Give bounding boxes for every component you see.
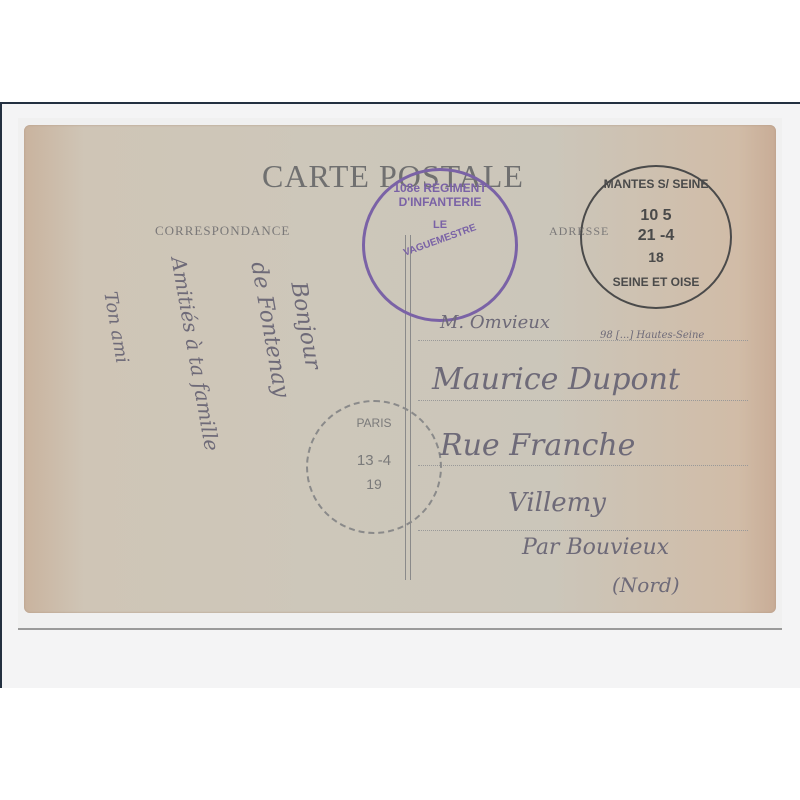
postmark-time: 10 5 [582, 207, 730, 225]
postmark-ring: PARIS [308, 416, 440, 430]
regiment-stamp-ring: 108e RÉGIMENT D'INFANTERIE [365, 181, 515, 209]
regiment-stamp: 108e RÉGIMENT D'INFANTERIE LE VAGUEMESTR… [362, 168, 518, 322]
address-rule [418, 465, 748, 466]
address-rule [418, 400, 748, 401]
mantes-postmark: MANTES S/ SEINE 10 5 21 -4 18 SEINE ET O… [580, 165, 732, 309]
recipient-town: Villemy [508, 488, 606, 518]
postmark-date: 13 -4 [308, 452, 440, 469]
recipient-via: Par Bouvieux [522, 535, 669, 560]
postmark-date: 21 -4 [582, 227, 730, 245]
annotation: 98 [...] Hautes-Seine [600, 330, 704, 341]
recipient-prefix: M. Omvieux [440, 312, 550, 333]
recipient-street: Rue Franche [440, 428, 635, 463]
address-rule [418, 530, 748, 531]
postmark-ring-bottom: SEINE ET OISE [582, 275, 730, 289]
recipient-department: (Nord) [612, 573, 680, 597]
postmark-ring-top: MANTES S/ SEINE [582, 177, 730, 191]
correspondence-label: CORRESPONDANCE [155, 223, 290, 239]
postmark-year: 19 [308, 476, 440, 492]
postmark-year: 18 [582, 249, 730, 265]
paris-postmark: PARIS 13 -4 19 [306, 400, 442, 534]
recipient-name: Maurice Dupont [432, 362, 680, 397]
